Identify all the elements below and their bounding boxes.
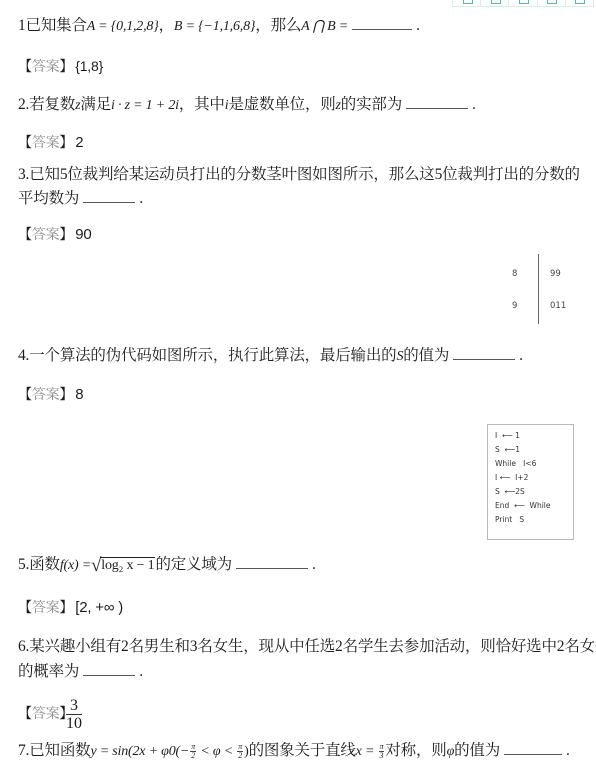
math-expression: < φ < xyxy=(197,744,236,759)
bracket-open: 【 xyxy=(18,135,32,151)
bracket-open: 【 xyxy=(18,227,32,243)
question-text: 是虚数单位，则 xyxy=(228,96,335,113)
question-number: 3. xyxy=(18,166,29,183)
answer-6: 【答案】 xyxy=(18,703,73,723)
math-expression: log₂ x − 1 xyxy=(100,557,155,574)
leaf-values: 99 xyxy=(550,269,561,279)
question-text: 的实部为 xyxy=(341,96,402,113)
answer-value: [2, +∞ ) xyxy=(75,599,123,616)
stem-value: 9 xyxy=(512,301,517,311)
bracket-close: 】 xyxy=(59,227,73,243)
toolbar-icon-5 xyxy=(575,0,585,4)
answer-4: 【答案】8 xyxy=(18,384,83,404)
answer-blank xyxy=(453,358,515,360)
answer-1: 【答案】{1,8} xyxy=(18,56,103,76)
question-text: ，那么 xyxy=(255,17,301,34)
question-text: 已知函数 xyxy=(29,742,90,759)
answer-2: 【答案】2 xyxy=(18,132,83,152)
fraction-numerator: 3 xyxy=(66,697,82,715)
toolbar-icon-4 xyxy=(547,0,557,4)
code-line: I ⟵ 1 xyxy=(495,431,520,440)
question-6-line-2: 的概率为. xyxy=(18,659,143,681)
period: . xyxy=(519,347,523,364)
fraction: π3 xyxy=(379,743,385,760)
answer-fraction: 3 10 xyxy=(66,697,82,732)
question-number: 1 xyxy=(18,17,26,34)
question-number: 6. xyxy=(18,638,29,655)
period: . xyxy=(416,17,420,34)
question-5: 5.函数f(x) =√log₂ x − 1的定义域为. xyxy=(18,552,316,577)
math-expression: i · z = 1 + 2i xyxy=(111,98,179,113)
answer-value: 90 xyxy=(75,226,91,243)
question-text: 对称，则 xyxy=(385,742,446,759)
answer-blank xyxy=(352,28,412,30)
toolbar-icon-1 xyxy=(463,0,473,4)
bracket-open: 【 xyxy=(18,600,32,616)
bracket-close: 】 xyxy=(59,59,73,75)
fraction-denominator: 2 xyxy=(237,752,243,760)
answer-value: {1,8} xyxy=(75,58,103,74)
question-3: 3.已知5位裁判给某运动员打出的分数茎叶图如图所示，那么这5位裁判打出的分数的 xyxy=(18,162,580,184)
fraction: π2 xyxy=(237,743,243,760)
question-text: ，其中 xyxy=(179,96,225,113)
toolbar-button-5[interactable] xyxy=(566,0,593,6)
math-expression: x = xyxy=(356,744,378,759)
question-text: 的值为 xyxy=(403,347,449,364)
math-expression: B = {−1,1,6,8} xyxy=(174,19,255,34)
question-1: 1已知集合A = {0,1,2,8}，B = {−1,1,6,8}，那么A ⋂ … xyxy=(18,13,420,35)
question-text: 的值为 xyxy=(454,742,500,759)
question-text: 已知5位裁判给某运动员打出的分数茎叶图如图所示，那么这5位裁判打出的分数的 xyxy=(29,166,580,183)
toolbar-button-4[interactable] xyxy=(538,0,566,6)
stem-divider xyxy=(538,254,539,324)
question-4: 4.一个算法的伪代码如图所示，执行此算法，最后输出的S的值为. xyxy=(18,343,523,365)
code-line: Print S xyxy=(495,515,524,524)
answer-label: 答案 xyxy=(32,600,60,616)
period: . xyxy=(139,190,143,207)
question-text: 若复数 xyxy=(29,96,75,113)
question-number: 5. xyxy=(18,556,29,573)
question-6: 6.某兴趣小组有2名男生和3名女生，现从中任选2名学生去参加活动，则恰好选中2名… xyxy=(18,634,596,656)
answer-blank xyxy=(83,201,135,203)
answer-5: 【答案】[2, +∞ ) xyxy=(18,597,123,617)
question-2: 2.若复数z满足i · z = 1 + 2i，其中i是虚数单位，则z的实部为. xyxy=(18,92,476,114)
answer-blank xyxy=(504,753,562,755)
bracket-close: 】 xyxy=(59,387,73,403)
bracket-open: 【 xyxy=(18,59,32,75)
math-expression: A = {0,1,2,8} xyxy=(87,19,159,34)
question-number: 4. xyxy=(18,347,29,364)
code-line: S ⟵2S xyxy=(495,487,525,496)
answer-label: 答案 xyxy=(32,135,60,151)
period: . xyxy=(312,556,316,573)
separator: ， xyxy=(159,17,174,34)
answer-value: 8 xyxy=(75,386,83,403)
stem-leaf-plot: 8 99 9 011 xyxy=(500,254,580,324)
question-text: 一个算法的伪代码如图所示，执行此算法，最后输出的 xyxy=(29,347,396,364)
math-variable: φ xyxy=(447,744,455,759)
question-7: 7.已知函数y = sin(2x + φ0(−π2 < φ < π2)的图象关于… xyxy=(18,738,570,760)
question-text: 的图象关于直线 xyxy=(249,742,356,759)
answer-label: 答案 xyxy=(32,227,60,243)
bracket-open: 【 xyxy=(18,387,32,403)
question-text: 满足 xyxy=(80,96,111,113)
question-3-line-2: 平均数为. xyxy=(18,186,143,208)
period: . xyxy=(472,96,476,113)
toolbar xyxy=(452,0,594,7)
question-number: 2. xyxy=(18,96,29,113)
question-text: 的定义域为 xyxy=(155,556,232,573)
leaf-values: 011 xyxy=(550,301,566,311)
question-number: 7. xyxy=(18,742,29,759)
question-text: 平均数为 xyxy=(18,190,79,207)
bracket-close: 】 xyxy=(59,600,73,616)
answer-3: 【答案】90 xyxy=(18,224,92,244)
answer-blank xyxy=(236,567,308,569)
toolbar-button-3[interactable] xyxy=(509,0,537,6)
code-line: I ⟵ I+2 xyxy=(495,473,528,482)
toolbar-button-1[interactable] xyxy=(453,0,481,6)
answer-label: 答案 xyxy=(32,706,60,722)
toolbar-icon-3 xyxy=(519,0,529,4)
answer-blank xyxy=(83,674,135,676)
toolbar-button-2[interactable] xyxy=(481,0,509,6)
toolbar-icon-2 xyxy=(491,0,501,4)
period: . xyxy=(139,663,143,680)
question-text: 已知集合 xyxy=(26,17,87,34)
code-line: While I<6 xyxy=(495,459,536,468)
fraction-denominator: 2 xyxy=(190,752,196,760)
math-expression: f(x) = xyxy=(60,558,91,573)
stem-value: 8 xyxy=(512,269,517,279)
bracket-open: 【 xyxy=(18,706,32,722)
fraction-denominator: 10 xyxy=(66,715,82,732)
question-text: 函数 xyxy=(29,556,60,573)
math-expression: y = sin(2x + φ0(− xyxy=(90,744,189,759)
pseudocode-box: I ⟵ 1 S ⟵1 While I<6 I ⟵ I+2 S ⟵2S End ⟵… xyxy=(487,424,574,540)
math-expression: A ⋂ B = xyxy=(301,19,348,34)
answer-value: 2 xyxy=(75,134,83,151)
answer-label: 答案 xyxy=(32,59,60,75)
code-line: S ⟵1 xyxy=(495,445,520,454)
answer-label: 答案 xyxy=(32,387,60,403)
question-text: 的概率为 xyxy=(18,663,79,680)
code-line: End ⟵ While xyxy=(495,501,551,510)
answer-blank xyxy=(406,107,468,109)
bracket-close: 】 xyxy=(59,135,73,151)
question-text: 某兴趣小组有2名男生和3名女生，现从中任选2名学生去参加活动，则恰好选中2名女生 xyxy=(29,638,596,655)
fraction-denominator: 3 xyxy=(379,752,385,760)
fraction: π2 xyxy=(190,743,196,760)
period: . xyxy=(566,742,570,759)
